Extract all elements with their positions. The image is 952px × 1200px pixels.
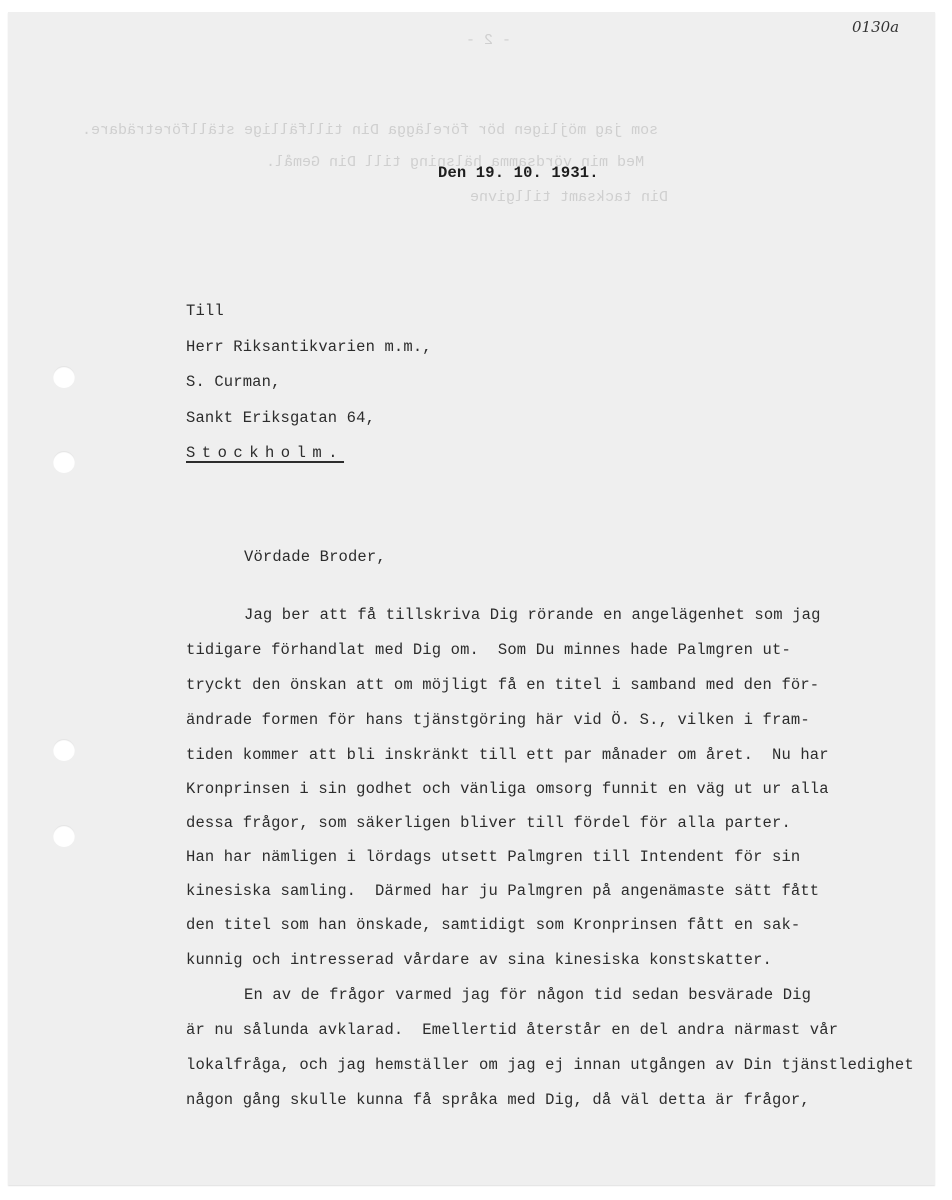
letter-date: Den 19. 10. 1931. (438, 164, 599, 182)
body-line: kunnig och intresserad vårdare av sina k… (186, 951, 772, 969)
address-city: Stockholm. (186, 444, 344, 462)
punch-hole (53, 451, 75, 473)
body-line: tryckt den önskan att om möjligt få en t… (186, 676, 819, 694)
address-prefix: Till (186, 302, 224, 320)
body-line: kinesiska samling. Därmed har ju Palmgre… (186, 882, 819, 900)
bleed-line: Din tacksamt tillgivne (470, 189, 668, 206)
bleed-line: som jag möjligen bör förelägga Din tillf… (82, 122, 658, 139)
archive-number: 0130a (852, 18, 899, 36)
body-line: Han har nämligen i lördags utsett Palmgr… (186, 848, 800, 866)
body-line: Jag ber att få tillskriva Dig rörande en… (244, 606, 821, 624)
body-line: är nu sålunda avklarad. Emellertid åters… (186, 1021, 838, 1039)
body-line: den titel som han önskade, samtidigt som… (186, 916, 800, 934)
body-line: någon gång skulle kunna få språka med Di… (186, 1091, 810, 1109)
body-line: dessa frågor, som säkerligen bliver till… (186, 814, 791, 832)
address-street: Sankt Eriksgatan 64, (186, 409, 375, 427)
address-recipient-title: Herr Riksantikvarien m.m., (186, 338, 432, 356)
salutation: Vördade Broder, (244, 548, 386, 566)
body-line: lokalfråga, och jag hemställer om jag ej… (186, 1056, 914, 1074)
letter-page: 0130a - 2 - som jag möjligen bör föreläg… (8, 12, 935, 1185)
body-line: Kronprinsen i sin godhet och vänliga oms… (186, 780, 829, 798)
body-line: tidigare förhandlat med Dig om. Som Du m… (186, 641, 791, 659)
punch-hole (53, 825, 75, 847)
body-line: En av de frågor varmed jag för någon tid… (244, 986, 811, 1004)
bleed-page-marker: - 2 - (466, 32, 511, 49)
body-line: tiden kommer att bli inskränkt till ett … (186, 746, 829, 764)
address-recipient-name: S. Curman, (186, 373, 281, 391)
punch-hole (53, 739, 75, 761)
body-line: ändrade formen för hans tjänstgöring här… (186, 711, 810, 729)
punch-hole (53, 366, 75, 388)
